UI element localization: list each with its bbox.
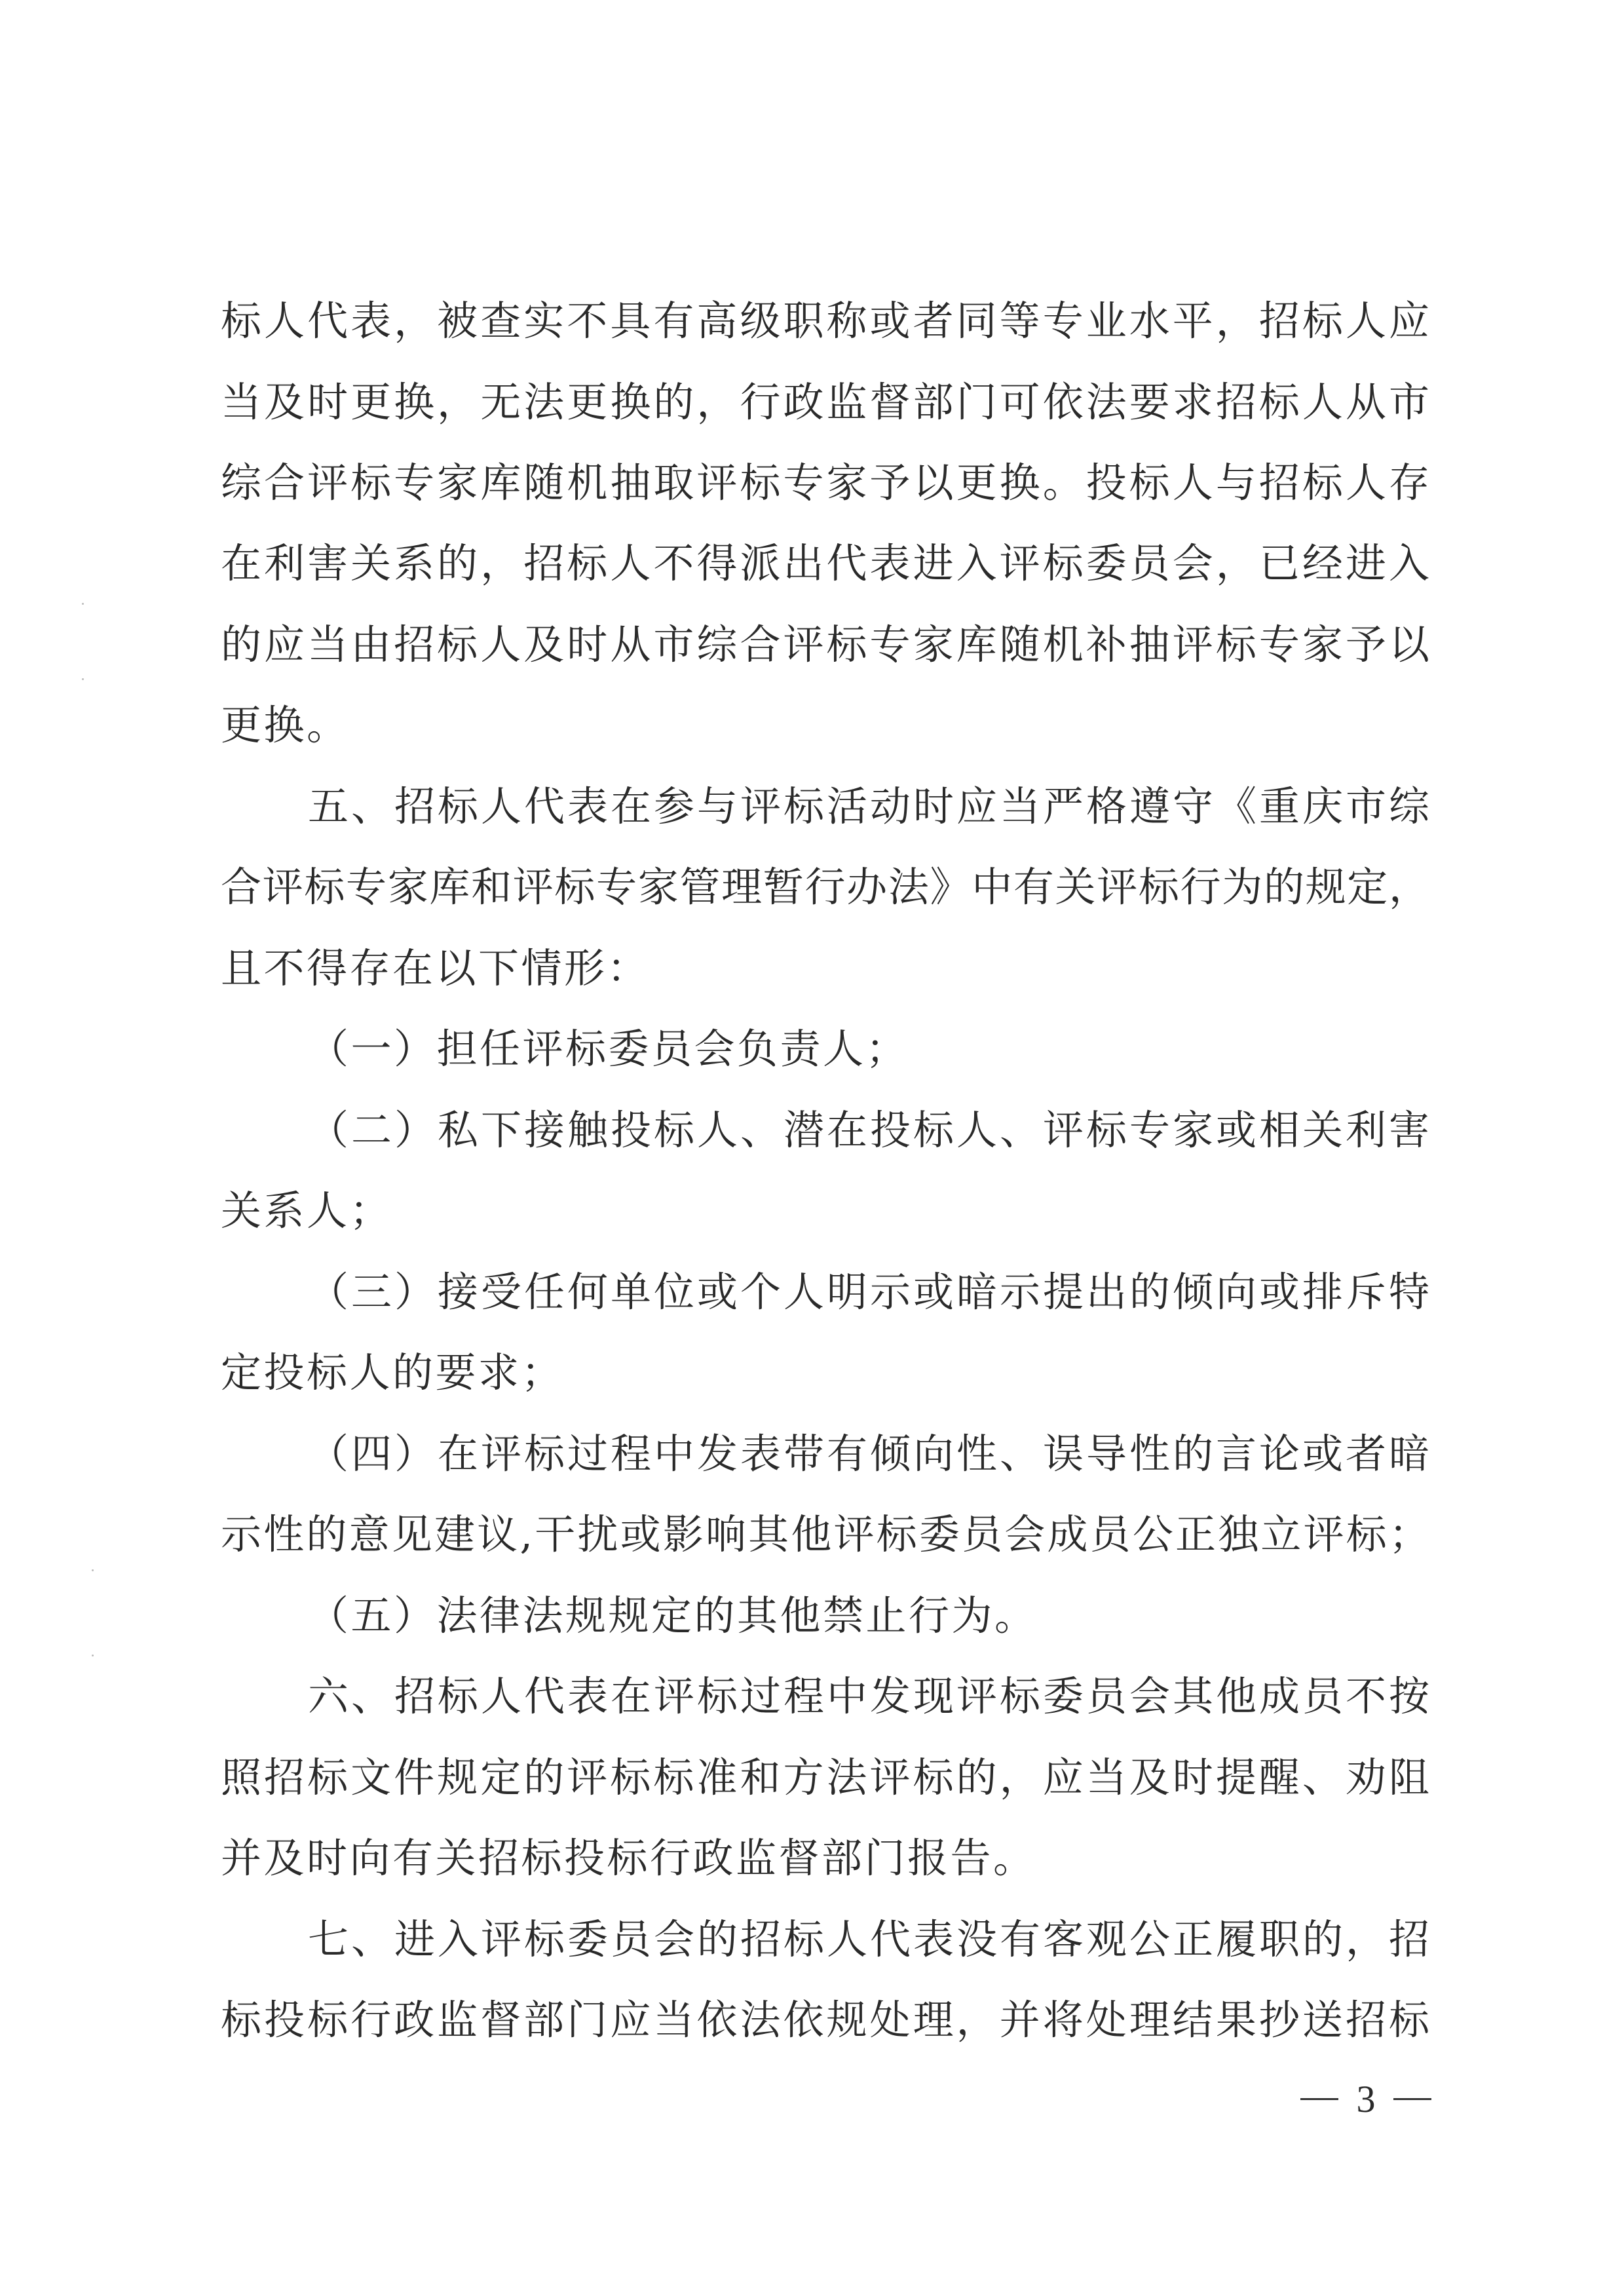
list-item-4: （四）在评标过程中发表带有倾向性、误导性的言论或者暗 [308, 1428, 1429, 1480]
page-number: 3 [1300, 2076, 1431, 2122]
body-line: 示性的意见建议,干扰或影响其他评标委员会成员公正独立评标； [221, 1508, 1429, 1561]
body-line: 当及时更换，无法更换的，行政监督部门可依法要求招标人从市 [221, 376, 1429, 429]
body-line: 关系人； [221, 1185, 1429, 1237]
body-line: 合评标专家库和评标专家管理暂行办法》中有关评标行为的规定， [221, 861, 1429, 913]
list-item-1: （一）担任评标委员会负责人； [308, 1023, 1429, 1075]
scan-speck [82, 678, 84, 680]
body-line: 定投标人的要求； [221, 1347, 1429, 1399]
section-five-heading-line: 五、招标人代表在参与评标活动时应当严格遵守《重庆市综 [308, 780, 1429, 833]
body-line: 照招标文件规定的评标标准和方法评标的，应当及时提醒、劝阻 [221, 1751, 1429, 1804]
document-page: 标人代表，被查实不具有高级职称或者同等专业水平，招标人应 当及时更换，无法更换的… [0, 0, 1624, 2296]
list-item-2: （二）私下接触投标人、潜在投标人、评标专家或相关利害 [308, 1104, 1429, 1157]
section-seven-heading-line: 七、进入评标委员会的招标人代表没有客观公正履职的，招 [308, 1913, 1429, 1966]
body-line: 标投标行政监督部门应当依法依规处理，并将处理结果抄送招标 [221, 1994, 1429, 2046]
dash-right [1393, 2098, 1431, 2100]
list-item-3: （三）接受任何单位或个人明示或暗示提出的倾向或排斥特 [308, 1266, 1429, 1318]
body-line: 更换。 [221, 699, 1429, 752]
body-line: 且不得存在以下情形： [221, 942, 1429, 995]
body-line: 标人代表，被查实不具有高级职称或者同等专业水平，招标人应 [221, 295, 1429, 347]
body-line: 的应当由招标人及时从市综合评标专家库随机补抽评标专家予以 [221, 619, 1429, 671]
body-line: 综合评标专家库随机抽取评标专家予以更换。投标人与招标人存 [221, 457, 1429, 509]
body-line: 并及时向有关招标投标行政监督部门报告。 [221, 1832, 1429, 1885]
scan-speck [92, 1655, 94, 1656]
dash-left [1300, 2098, 1338, 2100]
list-item-5: （五）法律法规规定的其他禁止行为。 [308, 1590, 1429, 1642]
page-number-value: 3 [1357, 2077, 1376, 2121]
scan-speck [92, 1569, 94, 1571]
body-line: 在利害关系的，招标人不得派出代表进入评标委员会，已经进入 [221, 537, 1429, 590]
scan-speck [82, 603, 84, 605]
section-six-heading-line: 六、招标人代表在评标过程中发现评标委员会其他成员不按 [308, 1670, 1429, 1723]
